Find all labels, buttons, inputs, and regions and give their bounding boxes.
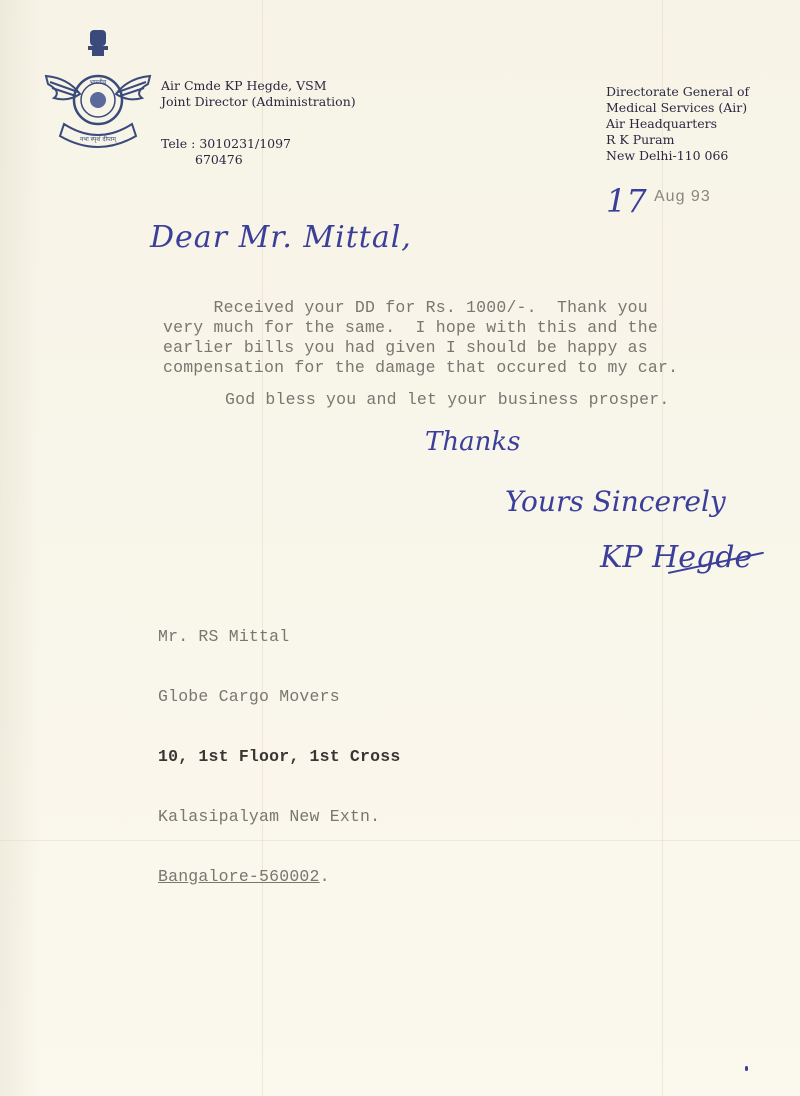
- ink-mark: [745, 1066, 748, 1071]
- closing-blessing: God bless you and let your business pros…: [225, 390, 669, 410]
- recipient-street: 10, 1st Floor, 1st Cross: [158, 747, 400, 767]
- org-line: New Delhi-110 066: [606, 148, 749, 164]
- svg-text:नभः स्पृशं दीप्तम्: नभः स्पृशं दीप्तम्: [80, 135, 117, 143]
- recipient-company: Globe Cargo Movers: [158, 687, 400, 707]
- thanks-handwritten: Thanks: [425, 427, 520, 457]
- recipient-city: Bangalore-560002: [158, 867, 320, 886]
- recipient-address: Mr. RS Mittal Globe Cargo Movers 10, 1st…: [158, 587, 400, 907]
- date-month-year: Aug 93: [654, 188, 711, 206]
- date-day-handwritten: 17: [606, 182, 647, 220]
- svg-text:भारतीय: भारतीय: [90, 78, 107, 86]
- telephone-block: Tele : 3010231/1097 670476: [161, 136, 291, 168]
- salutation-handwritten: Dear Mr. Mittal,: [150, 220, 412, 255]
- letter-body: Received your DD for Rs. 1000/-. Thank y…: [163, 298, 678, 378]
- sender-name: Air Cmde KP Hegde, VSM: [161, 78, 356, 94]
- sender-title: Joint Director (Administration): [161, 94, 356, 110]
- yours-sincerely-handwritten: Yours Sincerely: [505, 485, 726, 518]
- organization-address: Directorate General of Medical Services …: [606, 84, 749, 164]
- recipient-city-period: .: [320, 867, 330, 886]
- body-line: very much for the same. I hope with this…: [163, 318, 678, 338]
- org-line: Directorate General of: [606, 84, 749, 100]
- telephone-number: Tele : 3010231/1097: [161, 136, 291, 152]
- body-line: Received your DD for Rs. 1000/-. Thank y…: [163, 298, 678, 318]
- body-line: compensation for the damage that occured…: [163, 358, 678, 378]
- recipient-city-line: Bangalore-560002.: [158, 867, 400, 887]
- indian-air-force-emblem-icon: भारतीय नभः स्पृशं दीप्तम्: [38, 28, 158, 158]
- org-line: Medical Services (Air): [606, 100, 749, 116]
- sender-block: Air Cmde KP Hegde, VSM Joint Director (A…: [161, 78, 356, 110]
- org-line: R K Puram: [606, 132, 749, 148]
- body-line: earlier bills you had given I should be …: [163, 338, 678, 358]
- recipient-name: Mr. RS Mittal: [158, 627, 400, 647]
- org-line: Air Headquarters: [606, 116, 749, 132]
- recipient-area: Kalasipalyam New Extn.: [158, 807, 400, 827]
- telephone-extra: 670476: [161, 152, 291, 168]
